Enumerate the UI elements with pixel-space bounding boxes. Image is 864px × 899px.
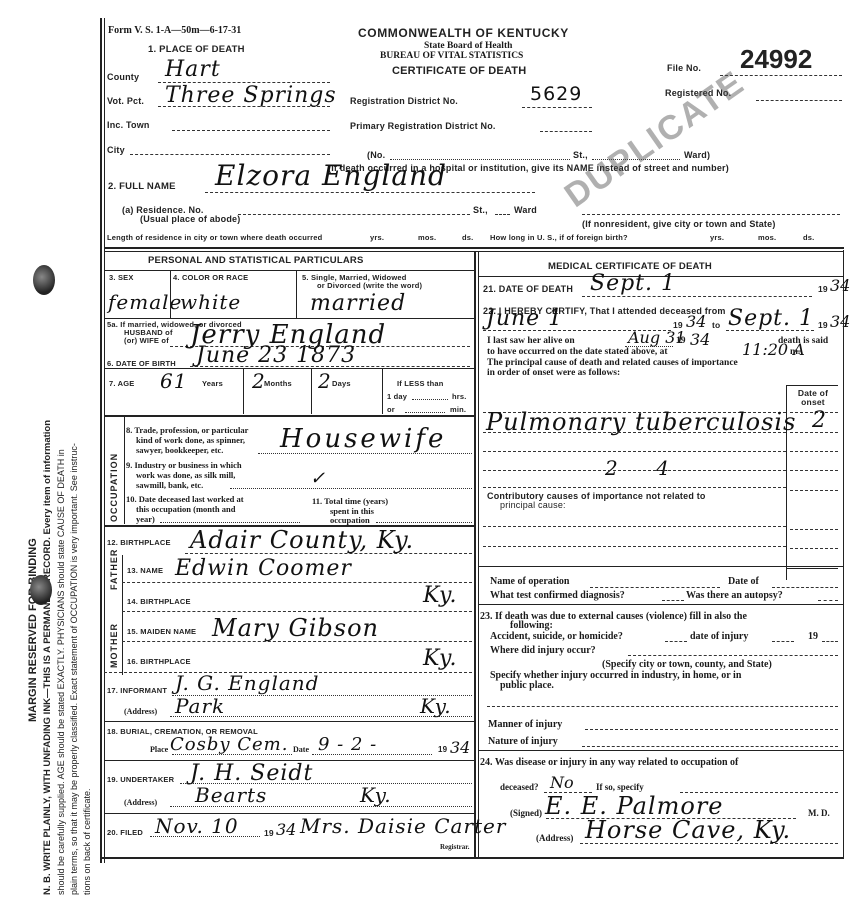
contributory-label-2: principal cause: (500, 500, 566, 510)
vot-pct-label: Vot. Pct. (107, 96, 144, 106)
informant-address-label: (Address) (124, 707, 157, 716)
dob-label: 6. DATE OF BIRTH (107, 359, 176, 368)
deceased-label: deceased? (500, 782, 539, 792)
burial-year-value: 34 (450, 740, 470, 756)
undertaker-value: J. H. Seidt (190, 763, 313, 785)
mother-side-label: MOTHER (109, 623, 119, 668)
less-than-label: If LESS than (397, 379, 444, 388)
attended-to-year: 34 (830, 314, 850, 330)
state-name: COMMONWEALTH OF KENTUCKY (358, 26, 569, 40)
race-value: white (180, 292, 241, 312)
industry-label-3: sawmill, bank, etc. (136, 480, 203, 490)
bureau-name: BUREAU OF VITAL STATISTICS (380, 51, 523, 61)
age-label: 7. AGE (109, 379, 135, 388)
father-birthplace-value: Ky. (423, 585, 458, 607)
injury-year-label: 19 (808, 631, 818, 642)
undertaker-address-state: Ky. (360, 785, 392, 805)
age-years: 61 (160, 371, 187, 391)
residence-yrs: yrs. (370, 233, 384, 242)
birthplace-label: 12. BIRTHPLACE (107, 538, 171, 547)
external-causes-label-2: following: (510, 620, 553, 631)
marital-label-2: or Divorced (write the word) (317, 281, 422, 290)
full-name-value: Elzora England (215, 162, 447, 190)
total-time-label-1: 11. Total time (years) (312, 496, 388, 506)
cause-duration: 2 4 (605, 458, 685, 478)
operation-label: Name of operation (490, 576, 569, 587)
test-label: What test confirmed diagnosis? (490, 590, 625, 601)
father-birthplace-label: 14. BIRTHPLACE (127, 597, 191, 606)
last-worked-label-3: year) (136, 514, 155, 524)
last-saw-year: 34 (690, 332, 710, 348)
foreign-birth-label: How long in U. S., if of foreign birth? (490, 233, 628, 242)
race-label: 4. COLOR OR RACE (173, 273, 248, 282)
trade-label-1: 8. Trade, profession, or particular (126, 425, 248, 435)
full-name-label: 2. FULL NAME (108, 181, 176, 192)
burial-place-label: Place (150, 745, 168, 754)
specify-industry-2: public place. (500, 680, 554, 691)
filed-date-value: Nov. 10 (155, 816, 239, 836)
occurred-label: to have occurred on the date stated abov… (487, 347, 668, 357)
header-divider (104, 247, 844, 249)
personal-section-title: PERSONAL AND STATISTICAL PARTICULARS (148, 255, 364, 266)
vot-pct-value: Three Springs (165, 85, 337, 107)
border-left (100, 18, 102, 863)
death-year-prefix: 19 (818, 284, 828, 294)
instructions-line-3: plain terms, so that it may be properly … (69, 443, 79, 895)
or-label: or (387, 405, 395, 414)
attended-to-year-prefix: 19 (818, 320, 828, 330)
autopsy-label: Was there an autopsy? (686, 590, 783, 601)
if-so-label: If so, specify (596, 782, 644, 792)
residence-ds: ds. (462, 233, 473, 242)
mother-birthplace-label: 16. BIRTHPLACE (127, 657, 191, 666)
burial-date-value: 9 - 2 - (318, 736, 377, 754)
duplicate-stamp: DUPLICATE (558, 63, 752, 215)
binding-hole-bottom (30, 575, 52, 605)
filed-year-value: 34 (276, 822, 296, 838)
age-days: 2 (318, 371, 332, 391)
bottom-border (100, 857, 844, 859)
deceased-value: No (550, 775, 574, 791)
trade-label-2: kind of work done, as spinner, (136, 435, 245, 445)
registration-district-label: Registration District No. (350, 96, 458, 106)
cause-1: Pulmonary tuberculosis (486, 410, 796, 434)
occupation-related-label: 24. Was disease or injury in any way rel… (480, 757, 738, 768)
primary-registration-label: Primary Registration District No. (350, 121, 496, 131)
informant-value: J. G. England (175, 673, 319, 693)
county-value: Hart (165, 59, 221, 81)
date-of-death-value: Sept. 1 (590, 273, 676, 295)
to-label: to (712, 320, 720, 330)
foreign-mos: mos. (758, 233, 776, 242)
physician-address-label: (Address) (536, 833, 573, 843)
sex-label: 3. SEX (109, 273, 134, 282)
injury-date-label: date of injury (690, 631, 748, 642)
nonresident-note: (If nonresident, give city or town and S… (582, 219, 776, 229)
physician-address-value: Horse Cave, Ky. (585, 818, 791, 842)
spouse-label-3: (or) WIFE of (124, 336, 169, 345)
attended-from: June 1 (486, 308, 563, 330)
m-label: m. (790, 347, 800, 357)
instructions-line-2: should be carefully supplied. AGE should… (56, 449, 66, 895)
date-of-onset-label: Date of onset (792, 389, 834, 407)
burial-year-prefix: 19 (438, 745, 447, 754)
border-left-inner (104, 18, 105, 863)
column-divider (474, 252, 476, 857)
accident-label: Accident, suicide, or homicide? (490, 631, 623, 642)
last-saw-year-prefix: 19 (676, 336, 686, 346)
industry-label-1: 9. Industry or business in which (126, 460, 242, 470)
burial-place-value: Cosby Cem. (170, 736, 288, 754)
binding-margin: MARGIN RESERVED FOR BINDING N. B. WRITE … (0, 0, 100, 899)
last-worked-label-1: 10. Date deceased last worked at (126, 494, 244, 504)
binding-label: MARGIN RESERVED FOR BINDING (27, 538, 39, 722)
file-no-label: File No. (667, 63, 701, 73)
industry-label-2: work was done, as silk mill, (136, 470, 235, 480)
nature-label: Nature of injury (488, 736, 558, 747)
undertaker-label: 19. UNDERTAKER (107, 775, 174, 784)
operation-date-label: Date of (728, 576, 759, 587)
border-right (843, 250, 844, 858)
foreign-ds: ds. (803, 233, 814, 242)
last-saw-label: I last saw her alive on (487, 336, 575, 346)
filed-label: 20. FILED (107, 828, 143, 837)
instructions-line-4: tions on back of certificate. (82, 788, 92, 895)
ward-label: Ward) (684, 150, 710, 160)
length-residence-label: Length of residence in city or town wher… (107, 233, 322, 242)
inc-town-label: Inc. Town (107, 120, 150, 130)
residence-st-label: St., (473, 205, 488, 215)
min-label: min. (450, 405, 466, 414)
physician-signature: E. E. Palmore (545, 794, 724, 818)
city-label: City (107, 145, 125, 155)
signed-label: (Signed) (510, 808, 542, 818)
registrar-value: Mrs. Daisie Carter (300, 816, 506, 836)
hrs-label: hrs. (452, 392, 467, 401)
attended-from-year: 34 (686, 314, 706, 330)
undertaker-address-value: Bearts (195, 785, 267, 805)
certificate-title: CERTIFICATE OF DEATH (392, 65, 526, 77)
date-of-death-label: 21. DATE OF DEATH (483, 284, 573, 294)
total-time-label-3: occupation (330, 515, 370, 525)
mother-birthplace-value: Ky. (423, 648, 458, 670)
place-of-death-heading: 1. PLACE OF DEATH (148, 44, 245, 55)
father-side-label: FATHER (109, 549, 119, 590)
mother-maiden-label: 15. MAIDEN NAME (127, 627, 196, 636)
days-label: Days (332, 379, 351, 388)
principal-cause-label-1: The principal cause of death and related… (487, 358, 738, 368)
dob-value: June 23 1873 (196, 345, 356, 367)
residence-ward-label: Ward (514, 205, 537, 215)
residence-sub: (Usual place of abode) (140, 214, 240, 224)
father-name-value: Edwin Coomer (175, 558, 352, 580)
occupation-side-label: OCCUPATION (109, 453, 119, 522)
binding-hole-top (33, 265, 55, 295)
informant-address-value: Park (175, 696, 225, 716)
burial-date-label: Date (293, 745, 309, 754)
months-label: Months (264, 379, 292, 388)
father-name-label: 13. NAME (127, 566, 163, 575)
attended-to: Sept. 1 (728, 308, 814, 330)
board-name: State Board of Health (424, 41, 512, 51)
informant-label: 17. INFORMANT (107, 686, 167, 695)
file-no-value: 24992 (740, 44, 812, 75)
industry-value: ✓ (310, 470, 325, 488)
birthplace-value: Adair County, Ky. (190, 528, 414, 552)
form-number: Form V. S. 1-A—50m—6-17-31 (108, 25, 241, 36)
death-year-value: 34 (830, 278, 850, 294)
residence-mos: mos. (418, 233, 436, 242)
county-label: County (107, 72, 139, 82)
registration-district-value: 5629 (530, 85, 582, 104)
day-label: 1 day (387, 392, 407, 401)
trade-label-3: sawyer, bookkeeper, etc. (136, 445, 223, 455)
mother-maiden-value: Mary Gibson (212, 616, 379, 640)
specify-place-label: (Specify city or town, county, and State… (602, 659, 772, 670)
principal-cause-label-2: in order of onset were as follows: (487, 368, 620, 378)
st-label: St., (573, 150, 588, 160)
undertaker-address-label: (Address) (124, 798, 157, 807)
manner-label: Manner of injury (488, 719, 562, 730)
informant-address-state: Ky. (420, 696, 452, 716)
registrar-label: Registrar. (440, 843, 469, 851)
marital-value: married (310, 293, 406, 315)
foreign-yrs: yrs. (710, 233, 724, 242)
last-worked-label-2: this occupation (month and (136, 504, 235, 514)
where-injury-label: Where did injury occur? (490, 645, 596, 656)
trade-value: Housewife (280, 426, 446, 452)
sex-value: female (108, 292, 182, 312)
filed-year-prefix: 19 (264, 828, 274, 838)
years-label: Years (202, 379, 223, 388)
cause-1-onset: 2 (812, 410, 827, 432)
md-label: M. D. (808, 808, 830, 818)
instructions-line-1: N. B. WRITE PLAINLY, WITH UNFADING INK—T… (42, 420, 53, 895)
